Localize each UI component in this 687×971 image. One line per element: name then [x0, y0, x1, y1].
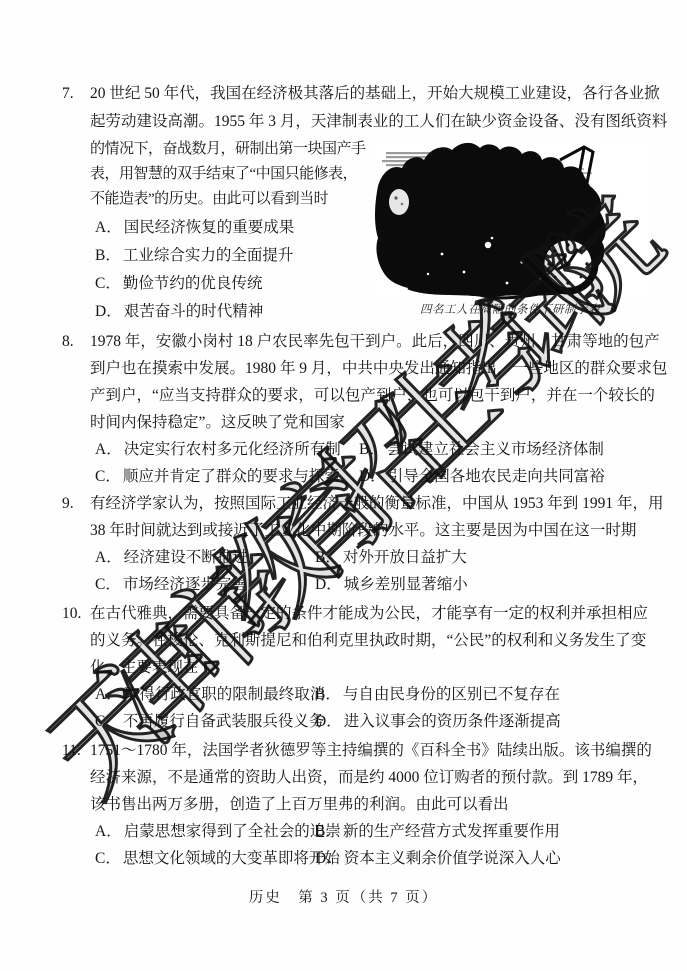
- option-b: B．新的生产经营方式发挥重要作用: [315, 822, 560, 849]
- option-d: D．引导全国各地农民走向共同富裕: [359, 467, 605, 494]
- option-text: 引导全国各地农民走向共同富裕: [388, 468, 605, 485]
- option-d: D．城乡差别显著缩小: [315, 575, 468, 602]
- options-row: A．启蒙思想家得到了全社会的追崇 B．新的生产经营方式发挥重要作用: [62, 822, 650, 849]
- option-c: C．不再履行自备武装服兵役义务: [95, 712, 315, 739]
- workers-photo: [372, 142, 648, 300]
- question-line: 时间内保持稳定”。这反映了党和国家: [62, 413, 650, 440]
- option-text: 勤俭节约的优良传统: [123, 275, 263, 292]
- options-row: C．顺应并肯定了群众的要求与探索 D．引导全国各地农民走向共同富裕: [62, 467, 650, 494]
- question-line: 该书售出两万多册，创造了上百万里弗的利润。由此可以看出: [62, 795, 650, 822]
- option-b: B．尝试建立社会主义市场经济体制: [359, 440, 604, 467]
- option-text: 进入议事会的资历条件逐渐提高: [344, 713, 561, 730]
- question-line: 8.1978 年，安徽小岗村 18 户农民率先包干到户。此后，四川、贵州、甘肃等…: [62, 332, 650, 359]
- question-8: 8.1978 年，安徽小岗村 18 户农民率先包干到户。此后，四川、贵州、甘肃等…: [62, 332, 650, 494]
- option-label: B．: [95, 247, 121, 264]
- question-line: 表，用智慧的双手结束了“中国只能修表，: [62, 165, 390, 190]
- question-text: 有经济学家认为，按照国际工业经济一般的衡量标准，中国从 1953 年到 1991…: [90, 495, 664, 512]
- question-text: 化，主要表现在: [90, 659, 199, 676]
- option-label: D．: [315, 713, 342, 730]
- question-text: 到户也在摸索中发展。1980 年 9 月，中共中央发出通知指出，一些地区的群众要…: [90, 360, 667, 377]
- options-row: C．思想文化领域的大变革即将开始 D．资本主义剩余价值学说深入人心: [62, 849, 650, 876]
- option-text: 艰苦奋斗的时代精神: [124, 303, 264, 320]
- question-text: 38 年时间就达到或接近了工业化中期阶段的水平。这主要是因为中国在这一时期: [90, 522, 636, 539]
- option-text: 工业综合实力的全面提升: [123, 247, 294, 264]
- question-line: 的情况下，奋战数月，研制出第一块国产手: [62, 140, 390, 165]
- option-text: 国民经济恢复的重要成果: [124, 219, 295, 236]
- watch-crown: [540, 239, 548, 247]
- question-line: 化，主要表现在: [62, 658, 650, 685]
- photo-caption: 四名工人在简陋的条件下研制手表: [366, 301, 654, 317]
- question-line: 9.有经济学家认为，按照国际工业经济一般的衡量标准，中国从 1953 年到 19…: [62, 494, 650, 521]
- option-text: 与自由民身份的区别已不复存在: [343, 686, 560, 703]
- question-line: 10.在古代雅典，需要具备一定的条件才能成为公民，才能享有一定的权利并承担相应: [62, 604, 650, 631]
- option-label: C．: [95, 713, 121, 730]
- option-c: C．市场经济逐步完善: [95, 575, 315, 602]
- question-line: 到户也在摸索中发展。1980 年 9 月，中共中央发出通知指出，一些地区的群众要…: [62, 359, 650, 386]
- loupe: [484, 241, 493, 250]
- question-9: 9.有经济学家认为，按照国际工业经济一般的衡量标准，中国从 1953 年到 19…: [62, 494, 650, 602]
- option-a: A．经济建设不断推进: [95, 548, 315, 575]
- question-number: 8.: [62, 332, 74, 351]
- option-label: A．: [95, 219, 122, 236]
- question-text: 表，用智慧的双手结束了“中国只能修表，: [90, 166, 357, 182]
- question-line: 7.20 世纪 50 年代，我国在经济极其落后的基础上，开始大规模工业建设，各行…: [62, 84, 650, 112]
- question-text: 1978 年，安徽小岗村 18 户农民率先包干到户。此后，四川、贵州、甘肃等地的…: [90, 333, 660, 350]
- question-text: 时间内保持稳定”。这反映了党和国家: [90, 414, 345, 431]
- question-line: 11.1751～1780 年，法国学者狄德罗等主持编撰的《百科全书》陆续出版。该…: [62, 741, 650, 768]
- option-d: D．资本主义剩余价值学说深入人心: [315, 849, 561, 876]
- question-text: 的情况下，奋战数月，研制出第一块国产手: [90, 141, 366, 157]
- option-c: C．思想文化领域的大变革即将开始: [95, 849, 315, 876]
- option-a: A．决定实行农村多元化经济所有制: [95, 440, 359, 467]
- option-text: 对外开放日益扩大: [343, 549, 467, 566]
- option-label: B．: [315, 686, 341, 703]
- question-line: 的义务。在梭伦、克利斯提尼和伯利克里执政时期，“公民”的权利和义务发生了变: [62, 631, 650, 658]
- options-row: A．取得行政官职的限制最终取消 B．与自由民身份的区别已不复存在: [62, 685, 650, 712]
- option-label: B．: [315, 823, 341, 840]
- option-label: C．: [95, 275, 121, 292]
- question-text: 产到户，“应当支持群众的要求，可以包产到户，也可以包干到户，并在一个较长的: [90, 387, 655, 404]
- question-number: 9.: [62, 494, 74, 513]
- option-label: D．: [315, 576, 342, 593]
- options-row: A．决定实行农村多元化经济所有制 B．尝试建立社会主义市场经济体制: [62, 440, 650, 467]
- options-row: C．不再履行自备武装服兵役义务 D．进入议事会的资历条件逐渐提高: [62, 712, 650, 739]
- option-b: B．与自由民身份的区别已不复存在: [315, 685, 560, 712]
- question-number: 11.: [62, 741, 81, 760]
- option-label: C．: [95, 850, 121, 867]
- question-line: 起劳动建设高潮。1955 年 3 月，天津制表业的工人们在缺少资金设备、没有图纸…: [62, 112, 650, 140]
- option-d: D．进入议事会的资历条件逐渐提高: [315, 712, 561, 739]
- option-label: D．: [315, 850, 342, 867]
- question-text: 的义务。在梭伦、克利斯提尼和伯利克里执政时期，“公民”的权利和义务发生了变: [90, 632, 646, 649]
- option-text: 尝试建立社会主义市场经济体制: [387, 441, 604, 458]
- page-footer: 历史 第 3 页（共 7 页）: [0, 886, 687, 907]
- option-a: A．取得行政官职的限制最终取消: [95, 685, 315, 712]
- option-text: 资本主义剩余价值学说深入人心: [344, 850, 561, 867]
- option-label: B．: [315, 549, 341, 566]
- option-text: 不再履行自备武装服兵役义务: [123, 713, 325, 730]
- option-text: 顺应并肯定了群众的要求与探索: [123, 468, 340, 485]
- option-text: 市场经济逐步完善: [123, 576, 247, 593]
- option-text: 经济建设不断推进: [124, 549, 248, 566]
- options-row: A．经济建设不断推进 B．对外开放日益扩大: [62, 548, 650, 575]
- option-label: C．: [95, 468, 121, 485]
- question-number: 7.: [62, 84, 74, 104]
- option-c: C．顺应并肯定了群众的要求与探索: [95, 467, 359, 494]
- exam-page: 7.20 世纪 50 年代，我国在经济极其落后的基础上，开始大规模工业建设，各行…: [0, 0, 687, 971]
- option-text: 取得行政官职的限制最终取消: [124, 686, 326, 703]
- worker-face: [389, 189, 409, 215]
- option-text: 启蒙思想家得到了全社会的追崇: [124, 823, 341, 840]
- question-text: 在古代雅典，需要具备一定的条件才能成为公民，才能享有一定的权利并承担相应: [90, 605, 648, 622]
- option-label: A．: [95, 441, 122, 458]
- option-label: D．: [359, 468, 386, 485]
- option-label: D．: [95, 303, 122, 320]
- question-line: 38 年时间就达到或接近了工业化中期阶段的水平。这主要是因为中国在这一时期: [62, 521, 650, 548]
- question-line: 不能造表”的历史。由此可以看到当时: [62, 190, 390, 215]
- question-text: 不能造表”的历史。由此可以看到当时: [90, 191, 328, 207]
- question-text: 经济来源，不是通常的资助人出资，而是约 4000 位订购者的预付款。到 1789…: [90, 769, 648, 786]
- question-text: 该书售出两万多册，创造了上百万里弗的利润。由此可以看出: [90, 796, 509, 813]
- question-number: 10.: [62, 604, 81, 623]
- question-line: 产到户，“应当支持群众的要求，可以包产到户，也可以包干到户，并在一个较长的: [62, 386, 650, 413]
- question-text: 20 世纪 50 年代，我国在经济极其落后的基础上，开始大规模工业建设，各行各业…: [90, 85, 660, 102]
- option-label: A．: [95, 549, 122, 566]
- question-text: 起劳动建设高潮。1955 年 3 月，天津制表业的工人们在缺少资金设备、没有图纸…: [90, 113, 667, 130]
- question-10: 10.在古代雅典，需要具备一定的条件才能成为公民，才能享有一定的权利并承担相应 …: [62, 604, 650, 739]
- option-text: 新的生产经营方式发挥重要作用: [343, 823, 560, 840]
- option-label: B．: [359, 441, 385, 458]
- option-text: 思想文化领域的大变革即将开始: [123, 850, 340, 867]
- option-label: A．: [95, 686, 122, 703]
- question-text: 1751～1780 年，法国学者狄德罗等主持编撰的《百科全书》陆续出版。该书编撰…: [90, 742, 652, 759]
- option-text: 决定实行农村多元化经济所有制: [124, 441, 341, 458]
- option-a: A．启蒙思想家得到了全社会的追崇: [95, 822, 315, 849]
- question-line: 经济来源，不是通常的资助人出资，而是约 4000 位订购者的预付款。到 1789…: [62, 768, 650, 795]
- options-row: C．市场经济逐步完善 D．城乡差别显著缩小: [62, 575, 650, 602]
- option-text: 城乡差别显著缩小: [344, 576, 468, 593]
- option-b: B．对外开放日益扩大: [315, 548, 467, 575]
- option-label: C．: [95, 576, 121, 593]
- option-label: A．: [95, 823, 122, 840]
- question-11: 11.1751～1780 年，法国学者狄德罗等主持编撰的《百科全书》陆续出版。该…: [62, 741, 650, 876]
